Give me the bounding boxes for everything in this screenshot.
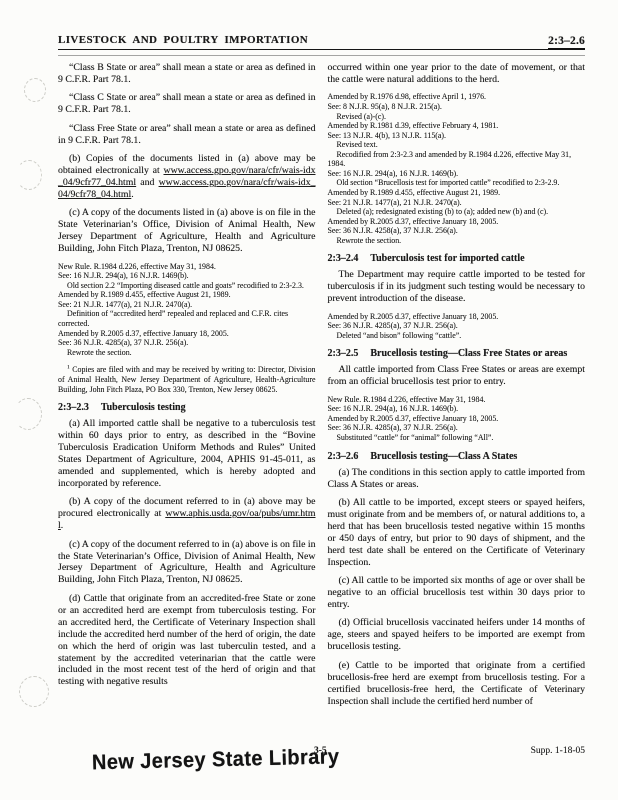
paragraph-text: The Department may require cattle import… [328, 269, 586, 304]
section-heading: 2:3–2.3Tuberculosis testing [58, 402, 316, 413]
paragraph-text: (c) A copy of the documents listed in (a… [58, 207, 316, 254]
citation-note: Old section “Brucellosis test for import… [328, 178, 586, 188]
body-paragraph: (b) A copy of the document referred to i… [58, 496, 316, 532]
section-title: Tuberculosis testing [101, 402, 186, 413]
citation-note: See: 36 N.J.R. 4285(a), 37 N.J.R. 256(a)… [328, 423, 586, 433]
paragraph-text: “Class C State or area” shall mean a sta… [58, 92, 316, 115]
body-paragraph: (c) A copy of the documents listed in (a… [58, 207, 316, 255]
paragraph-text: occurred within one year prior to the da… [328, 62, 586, 85]
citation-note: Amended by R.1981 d.39, effective Februa… [328, 121, 586, 131]
body-paragraph: (e) Cattle to be imported that originate… [328, 660, 586, 708]
body-paragraph: All cattle imported from Class Free Stat… [328, 364, 586, 388]
body-paragraph: (a) All imported cattle shall be negativ… [58, 418, 316, 490]
citation-note: Amended by R.1976 d.98, effective April … [328, 92, 586, 102]
footnote-marker: 1 [67, 365, 70, 371]
footnote: 1 Copies are filed with and may be recei… [58, 365, 316, 394]
body-paragraph: “Class B State or area” shall mean a sta… [58, 62, 316, 86]
citation-note: New Rule. R.1984 d.226, effective May 31… [328, 395, 586, 405]
section-title: Brucellosis testing—Class A States [370, 451, 517, 462]
citation-note: Recodified from 2:3-2.3 and amended by R… [328, 150, 586, 169]
library-stamp: New Jersey State Library [92, 745, 340, 775]
body-paragraph: (c) All cattle to be imported six months… [328, 575, 586, 611]
citation-note: See: 36 N.J.R. 4258(a), 37 N.J.R. 256(a)… [328, 226, 586, 236]
paragraph-text: (d) Cattle that originate from an accred… [58, 593, 316, 688]
page-header: LIVESTOCK AND POULTRY IMPORTATION 2:3–2.… [58, 34, 585, 50]
body-paragraph: “Class Free State or area” shall mean a … [58, 123, 316, 147]
paragraph-text: (a) All imported cattle shall be negativ… [58, 418, 316, 489]
citation-note: Deleted (a); redesignated existing (b) t… [328, 207, 586, 217]
section-number: 2:3–2.4 [328, 253, 359, 264]
section-title: Tuberculosis test for imported cattle [370, 253, 524, 264]
paragraph-text: (c) A copy of the document referred to i… [58, 539, 316, 586]
paragraph-text: . [61, 520, 63, 531]
paragraph-text: (b) All cattle to be imported, except st… [328, 497, 586, 568]
paragraph-text: “Class Free State or area” shall mean a … [58, 123, 316, 146]
hole-punch-mark [24, 78, 46, 102]
section-reference: 2:3–2.6 [548, 35, 585, 50]
citation-note: Deleted “and bison” following “cattle”. [328, 331, 586, 341]
section-heading: 2:3–2.6Brucellosis testing—Class A State… [328, 451, 586, 462]
body-paragraph: “Class C State or area” shall mean a sta… [58, 92, 316, 116]
document-page: LIVESTOCK AND POULTRY IMPORTATION 2:3–2.… [0, 0, 618, 800]
paragraph-text: and [136, 177, 159, 188]
right-column: occurred within one year prior to the da… [328, 62, 586, 714]
running-head-title: LIVESTOCK AND POULTRY IMPORTATION [58, 34, 308, 46]
citation-note: Definition of “accredited herd” repealed… [58, 309, 316, 328]
paragraph-text: (c) All cattle to be imported six months… [328, 575, 586, 610]
citation-note: See: 36 N.J.R. 4285(a), 37 N.J.R. 256(a)… [58, 338, 316, 348]
body-paragraph: (d) Official brucellosis vaccinated heif… [328, 617, 586, 653]
body-paragraph: (d) Cattle that originate from an accred… [58, 593, 316, 689]
document-body: “Class B State or area” shall mean a sta… [58, 62, 585, 714]
section-number: 2:3–2.3 [58, 402, 89, 413]
citation-note: Revised text. [328, 140, 586, 150]
section-number: 2:3–2.5 [328, 348, 359, 359]
citation-note: See: 16 N.J.R. 294(a), 16 N.J.R. 1469(b)… [328, 169, 586, 179]
section-number: 2:3–2.6 [328, 451, 359, 462]
body-paragraph: (b) Copies of the documents listed in (a… [58, 153, 316, 201]
citation-note: Amended by R.2005 d.37, effective Januar… [328, 217, 586, 227]
left-column: “Class B State or area” shall mean a sta… [58, 62, 316, 714]
body-paragraph: occurred within one year prior to the da… [328, 62, 586, 86]
hole-punch-mark [16, 160, 42, 190]
paragraph-text: All cattle imported from Class Free Stat… [328, 364, 586, 387]
hole-punch-mark [19, 676, 49, 707]
citation-note: See: 16 N.J.R. 294(a), 16 N.J.R. 1469(b)… [58, 271, 316, 281]
paragraph-text: (d) Official brucellosis vaccinated heif… [328, 617, 586, 652]
paragraph-text: (e) Cattle to be imported that originate… [328, 660, 586, 707]
citation-note: Rewrote the section. [328, 236, 586, 246]
citation-note: Amended by R.2005 d.37, effective Januar… [58, 329, 316, 339]
citation-note: Substituted “cattle” for “animal” follow… [328, 433, 586, 443]
citation-note: Rewrote the section. [58, 348, 316, 358]
citation-note: Amended by R.1989 d.455, effective Augus… [58, 290, 316, 300]
body-paragraph: (c) A copy of the document referred to i… [58, 539, 316, 587]
hole-punch-mark [14, 398, 42, 430]
citation-note: See: 21 N.J.R. 1477(a), 21 N.J.R. 2470(a… [58, 300, 316, 310]
citation-note: See: 8 N.J.R. 95(a), 8 N.J.R. 215(a). [328, 102, 586, 112]
citation-note: Amended by R.2005 d.37, effective Januar… [328, 414, 586, 424]
section-heading: 2:3–2.4Tuberculosis test for imported ca… [328, 253, 586, 264]
header-rule [58, 55, 585, 56]
citation-note: New Rule. R.1984 d.226, effective May 31… [58, 262, 316, 272]
paragraph-text: (a) The conditions in this section apply… [328, 467, 586, 490]
body-paragraph: The Department may require cattle import… [328, 269, 586, 305]
supplement-date: Supp. 1-18-05 [531, 746, 585, 756]
section-heading: 2:3–2.5Brucellosis testing—Class Free St… [328, 348, 586, 359]
citation-note: Revised (a)-(c). [328, 112, 586, 122]
section-title: Brucellosis testing—Class Free States or… [370, 348, 567, 359]
body-paragraph: (a) The conditions in this section apply… [328, 467, 586, 491]
citation-note: See: 13 N.J.R. 4(b), 13 N.J.R. 115(a). [328, 131, 586, 141]
citation-note: Old section 2.2 “Importing diseased catt… [58, 281, 316, 291]
paragraph-text: “Class B State or area” shall mean a sta… [58, 62, 316, 85]
citation-note: See: 21 N.J.R. 1477(a), 21 N.J.R. 2470(a… [328, 198, 586, 208]
body-paragraph: (b) All cattle to be imported, except st… [328, 497, 586, 569]
paragraph-text: . [131, 189, 133, 200]
citation-note: Amended by R.2005 d.37, effective Januar… [328, 312, 586, 322]
citation-note: See: 36 N.J.R. 4285(a), 37 N.J.R. 256(a)… [328, 321, 586, 331]
citation-note: See: 16 N.J.R. 294(a), 16 N.J.R. 1469(b)… [328, 404, 586, 414]
citation-note: Amended by R.1989 d.455, effective Augus… [328, 188, 586, 198]
